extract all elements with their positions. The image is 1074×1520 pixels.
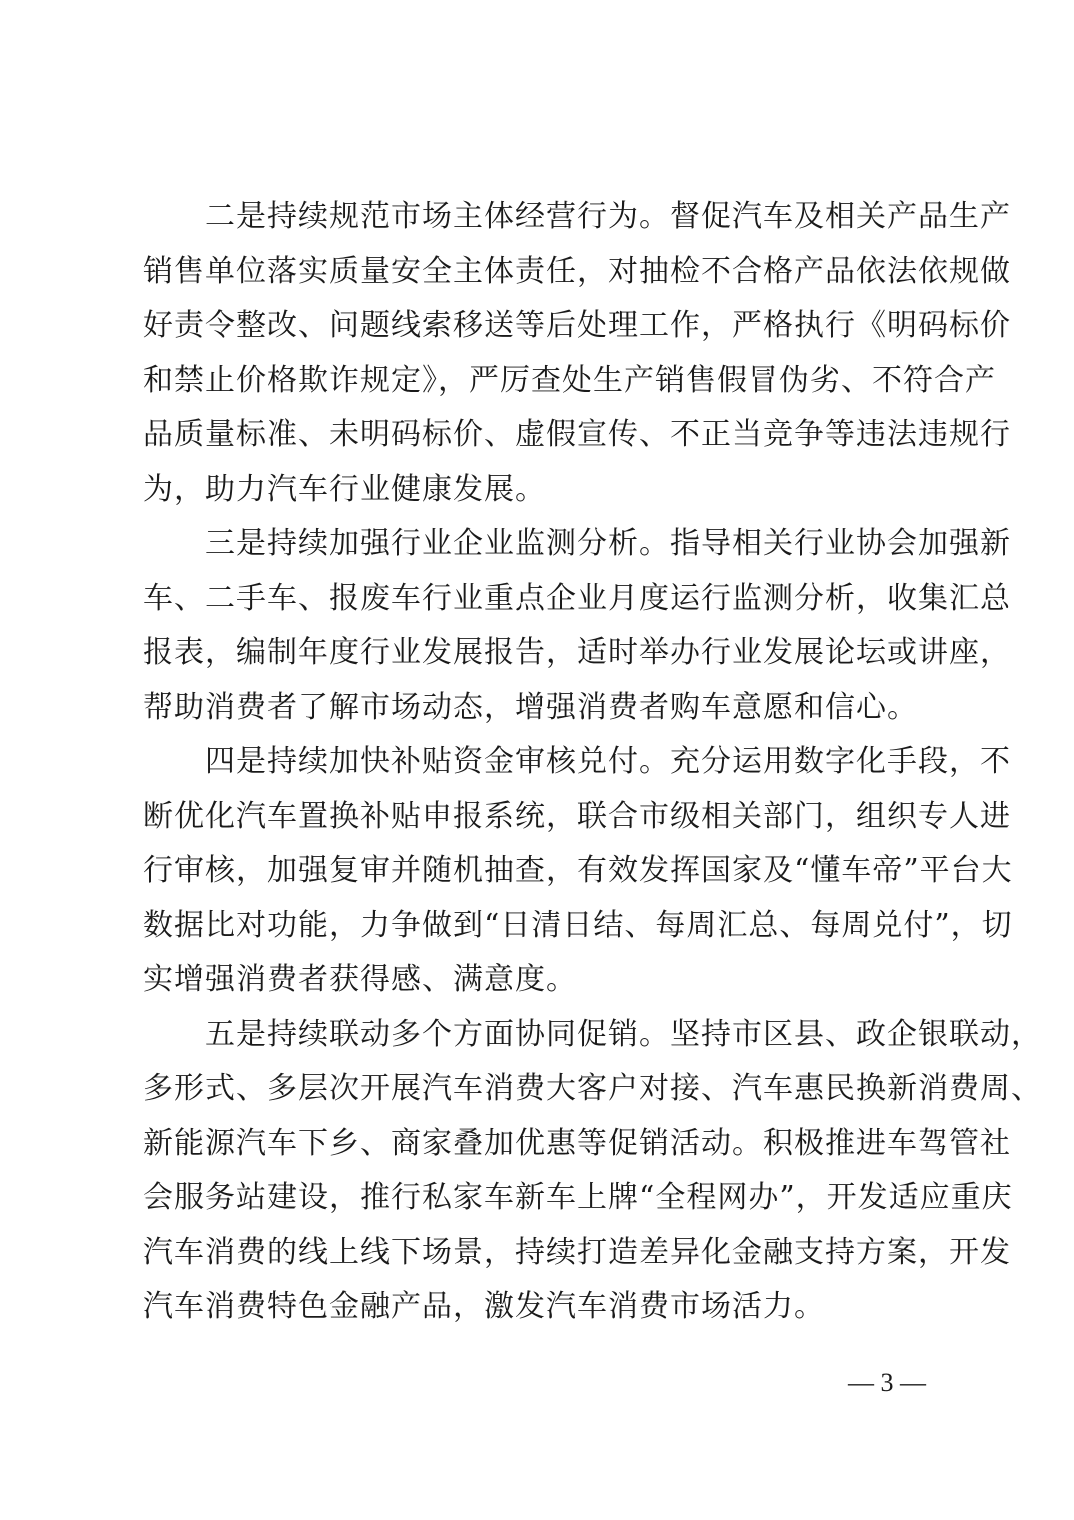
paragraph-line: 实增强消费者获得感、满意度。 [143, 953, 937, 1008]
page-number: — 3 — [848, 1368, 926, 1398]
paragraph-line: 汽车消费特色金融产品，激发汽车消费市场活力。 [143, 1280, 937, 1335]
document-body: 二是持续规范市场主体经营行为。督促汽车及相关产品生产 销售单位落实质量安全主体责… [143, 190, 937, 1335]
paragraph-line: 二是持续规范市场主体经营行为。督促汽车及相关产品生产 [143, 190, 937, 245]
paragraph-line: 好责令整改、问题线索移送等后处理工作，严格执行《明码标价 [143, 299, 937, 354]
paragraph-line: 行审核，加强复审并随机抽查，有效发挥国家及“懂车帝”平台大 [143, 844, 937, 899]
paragraph-market-regulation: 二是持续规范市场主体经营行为。督促汽车及相关产品生产 销售单位落实质量安全主体责… [143, 190, 937, 517]
paragraph-line: 新能源汽车下乡、商家叠加优惠等促销活动。积极推进车驾管社 [143, 1117, 937, 1172]
paragraph-line: 车、二手车、报废车行业重点企业月度运行监测分析，收集汇总 [143, 572, 937, 627]
paragraph-line: 五是持续联动多个方面协同促销。坚持市区县、政企银联动， [143, 1008, 937, 1063]
paragraph-industry-monitoring: 三是持续加强行业企业监测分析。指导相关行业协会加强新 车、二手车、报废车行业重点… [143, 517, 937, 735]
document-page: 二是持续规范市场主体经营行为。督促汽车及相关产品生产 销售单位落实质量安全主体责… [0, 0, 1074, 1520]
paragraph-line: 销售单位落实质量安全主体责任，对抽检不合格产品依法依规做 [143, 245, 937, 300]
paragraph-line: 断优化汽车置换补贴申报系统，联合市级相关部门，组织专人进 [143, 790, 937, 845]
paragraph-line: 多形式、多层次开展汽车消费大客户对接、汽车惠民换新消费周、 [143, 1062, 937, 1117]
paragraph-joint-promotion: 五是持续联动多个方面协同促销。坚持市区县、政企银联动， 多形式、多层次开展汽车消… [143, 1008, 937, 1335]
paragraph-line: 和禁止价格欺诈规定》，严厉查处生产销售假冒伪劣、不符合产 [143, 354, 937, 409]
paragraph-line: 汽车消费的线上线下场景，持续打造差异化金融支持方案，开发 [143, 1226, 937, 1281]
paragraph-line: 报表，编制年度行业发展报告，适时举办行业发展论坛或讲座， [143, 626, 937, 681]
paragraph-subsidy-review: 四是持续加快补贴资金审核兑付。充分运用数字化手段，不 断优化汽车置换补贴申报系统… [143, 735, 937, 1008]
paragraph-line: 数据比对功能，力争做到“日清日结、每周汇总、每周兑付”，切 [143, 899, 937, 954]
paragraph-line: 品质量标准、未明码标价、虚假宣传、不正当竞争等违法违规行 [143, 408, 937, 463]
paragraph-line: 四是持续加快补贴资金审核兑付。充分运用数字化手段，不 [143, 735, 937, 790]
paragraph-line: 三是持续加强行业企业监测分析。指导相关行业协会加强新 [143, 517, 937, 572]
paragraph-line: 帮助消费者了解市场动态，增强消费者购车意愿和信心。 [143, 681, 937, 736]
paragraph-line: 为，助力汽车行业健康发展。 [143, 463, 937, 518]
paragraph-line: 会服务站建设，推行私家车新车上牌“全程网办”，开发适应重庆 [143, 1171, 937, 1226]
